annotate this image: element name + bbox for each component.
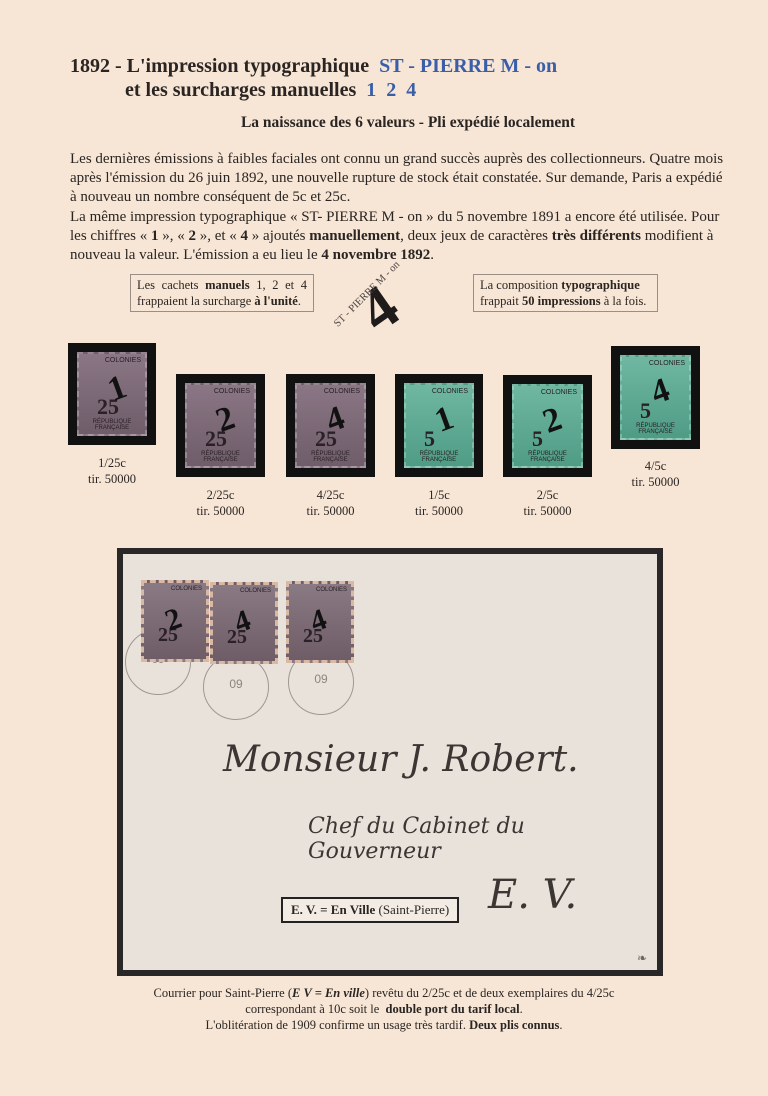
stamp-caption: 1/25c tir. 50000 — [62, 455, 162, 487]
stamp-printing: tir. 50000 — [606, 474, 706, 490]
stamp-printing: tir. 50000 — [171, 503, 271, 519]
stamp-image: COLONIES 25 1 RÉPUBLIQUE FRANÇAISE — [77, 352, 147, 436]
stamp-value: 1/5c — [389, 487, 489, 503]
sample-overprint: 4 ST - PIERRE M - on — [342, 280, 437, 370]
title-accent-digits: 1 2 4 — [366, 79, 416, 101]
page-title-line2: et les surcharges manuelles 1 2 4 — [125, 79, 416, 102]
stamp-caption: 4/25c tir. 50000 — [281, 487, 381, 519]
page-subtitle: La naissance des 6 valeurs - Pli expédié… — [0, 114, 768, 132]
stamp-image: COLONIES 5 2 RÉPUBLIQUE FRANÇAISE — [512, 384, 583, 468]
stamp-value: 4/25c — [281, 487, 381, 503]
envelope-stamp: COLONIES 25 4 — [286, 581, 354, 663]
stamp-2-5c: COLONIES 5 2 RÉPUBLIQUE FRANÇAISE — [503, 375, 592, 477]
stamp-2-25c: COLONIES 25 2 RÉPUBLIQUE FRANÇAISE — [176, 374, 265, 477]
stamp-caption: 4/5c tir. 50000 — [606, 458, 706, 490]
stamp-printing: tir. 50000 — [498, 503, 598, 519]
stamp-printing: tir. 50000 — [62, 471, 162, 487]
note-typographic-composition: La composition typographique frappait 50… — [473, 274, 658, 312]
stamp-image: COLONIES 25 4 RÉPUBLIQUE FRANÇAISE — [295, 383, 366, 468]
stamp-value: 2/25c — [171, 487, 271, 503]
intro-paragraph-2: La même impression typographique « ST- P… — [70, 208, 730, 266]
stamp-image: COLONIES 25 2 RÉPUBLIQUE FRANÇAISE — [185, 383, 256, 468]
stamp-printing: tir. 50000 — [281, 503, 381, 519]
stamp-printing: tir. 50000 — [389, 503, 489, 519]
stamp-caption: 1/5c tir. 50000 — [389, 487, 489, 519]
note-manual-cachets: Les cachets manuels 1, 2 et 4 frappaient… — [130, 274, 314, 312]
stamp-1-25c: COLONIES 25 1 RÉPUBLIQUE FRANÇAISE — [68, 343, 156, 445]
address-line-3: E. V. — [488, 872, 577, 918]
caption-line-2: correspondant à 10c soit le double port … — [0, 1001, 768, 1017]
stamp-image: COLONIES 5 1 RÉPUBLIQUE FRANÇAISE — [404, 383, 474, 468]
caption-line-3: L'oblitération de 1909 confirme un usage… — [0, 1017, 768, 1033]
stamp-4-25c: COLONIES 25 4 RÉPUBLIQUE FRANÇAISE — [286, 374, 375, 477]
address-line-1: Monsieur J. Robert. — [223, 739, 579, 780]
title-accent-overprint: ST - PIERRE M - on — [379, 55, 557, 77]
intro-text: Les dernières émissions à faibles facial… — [70, 150, 730, 265]
stamp-value: 2/5c — [498, 487, 598, 503]
address-line-2: Chef du Cabinet du Gouverneur — [308, 814, 657, 864]
stamp-caption: 2/25c tir. 50000 — [171, 487, 271, 519]
stamp-value: 1/25c — [62, 455, 162, 471]
stamp-image: COLONIES 5 4 RÉPUBLIQUE FRANÇAISE — [620, 355, 691, 440]
stamp-1-5c: COLONIES 5 1 RÉPUBLIQUE FRANÇAISE — [395, 374, 483, 477]
cover-caption: Courrier pour Saint-Pierre (E V = En vil… — [0, 985, 768, 1033]
intro-paragraph-1: Les dernières émissions à faibles facial… — [70, 150, 730, 208]
ev-label: E. V. = En Ville (Saint-Pierre) — [281, 897, 459, 923]
stamp-caption: 2/5c tir. 50000 — [498, 487, 598, 519]
stamp-4-5c: COLONIES 5 4 RÉPUBLIQUE FRANÇAISE — [611, 346, 700, 449]
stamp-value: 4/5c — [606, 458, 706, 474]
ornament-icon: ❧ — [637, 951, 647, 966]
envelope-stamp: COLONIES 25 4 — [210, 582, 278, 664]
envelope-stamp: COLONIES 25 2 — [141, 580, 209, 662]
page-title-line1: 1892 - L'impression typographique ST - P… — [70, 55, 557, 78]
caption-line-1: Courrier pour Saint-Pierre (E V = En vil… — [0, 985, 768, 1001]
